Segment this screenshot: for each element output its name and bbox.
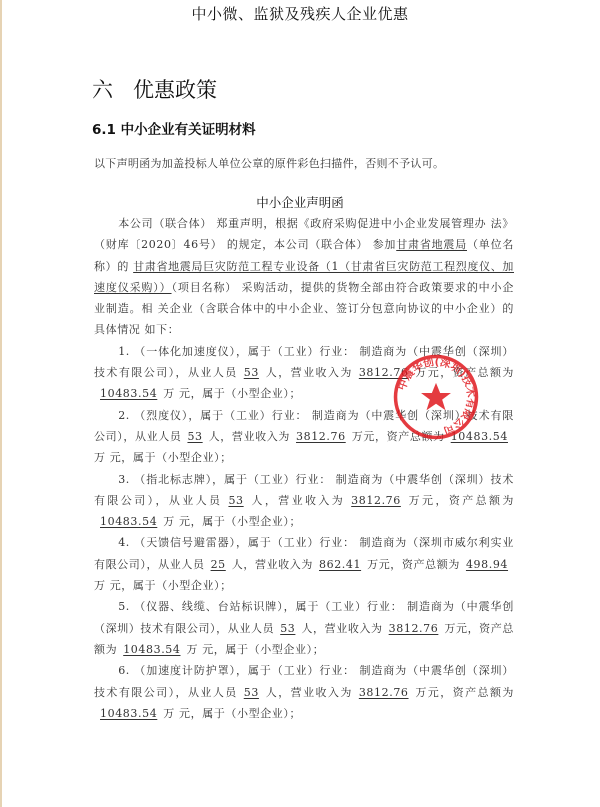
label: 万 元，属于: [187, 643, 249, 656]
chapter-title: 六优惠政策: [92, 74, 217, 104]
employee-count: 53: [238, 366, 265, 379]
label: ，从业人员: [176, 366, 238, 379]
label: 万 元，属于: [163, 387, 225, 400]
label: 万 元，属于: [163, 707, 225, 720]
enterprise-size: （小型企业）: [156, 579, 220, 592]
label: ；: [220, 451, 232, 464]
industry: （工业）: [272, 664, 320, 677]
chapter-title-text: 优惠政策: [133, 78, 217, 102]
label: 人，营业收入为: [265, 686, 353, 699]
total-assets: 10483.54: [94, 387, 163, 400]
declaration-letter-title: 中小企业声明函: [0, 193, 600, 211]
industry: （工业）: [319, 600, 367, 613]
product-name: （一体化加速度仪）: [134, 345, 236, 358]
label: ；: [290, 515, 302, 528]
label: 行业： 制造商为: [367, 600, 455, 613]
declaration-intro: 本公司（联合体） 郑重声明，根据《政府采购促进中小企业发展管理办 法》（财库〔2…: [94, 213, 514, 341]
revenue: 3812.76: [345, 494, 407, 507]
index: 2.: [118, 409, 130, 422]
running-header: 中小微、监狱及残疾人企业优惠: [0, 3, 600, 24]
product-name: （指北标志牌）: [134, 473, 212, 486]
revenue: 3812.76: [353, 686, 415, 699]
revenue: 3812.76: [290, 430, 352, 443]
product-name: （仪器、线缆、台站标识牌）: [134, 600, 283, 613]
employee-count: 53: [238, 686, 265, 699]
scan-requirement-note: 以下声明函为加盖投标人单位公章的原件彩色扫描件，否则不予认可。: [94, 155, 444, 171]
industry: （工业）: [272, 345, 320, 358]
label: 万元，资产总额为: [367, 558, 460, 571]
label: ，属于: [236, 345, 272, 358]
revenue: 3812.76: [383, 622, 445, 635]
label: 行业： 制造商为: [319, 536, 407, 549]
index: 6.: [118, 664, 130, 677]
label: 万元，资产总额为: [407, 494, 514, 507]
employee-count: 53: [274, 622, 301, 635]
label: ，从业人员: [147, 558, 205, 571]
purchaser-unit-name: 甘肃省地震局: [396, 238, 467, 251]
enterprise-item: 3. （指北标志牌），属于（工业）行业： 制造商为（中震华创（深圳）技术有限公司…: [94, 469, 514, 533]
page-left-edge: [0, 0, 2, 807]
total-assets: 498.94: [460, 558, 514, 571]
index: 1.: [118, 345, 130, 358]
enterprise-item: 6. （加速度计防护罩），属于（工业）行业： 制造商为（中震华创（深圳）技术有限…: [94, 660, 514, 724]
label: ，从业人员: [216, 622, 274, 635]
label: ，属于: [212, 473, 248, 486]
label: ；: [290, 387, 302, 400]
total-assets: 10483.54: [117, 643, 186, 656]
label: 万 元，属于: [94, 579, 156, 592]
label: ；: [290, 707, 302, 720]
enterprise-size: （小型企业）: [249, 643, 313, 656]
label: ，属于: [236, 664, 272, 677]
label: ，从业人员: [176, 686, 238, 699]
label: 万元，资产总额为: [415, 686, 514, 699]
label: 行业： 制造商为: [296, 473, 384, 486]
industry: （工业）: [248, 473, 296, 486]
label: ；: [313, 643, 325, 656]
label: ，属于: [236, 536, 272, 549]
label: ，从业人员: [123, 430, 181, 443]
company-seal-stamp: 中震华创(深圳)技术有限公司: [392, 353, 480, 441]
enterprise-item: 4. （天馈信号避雷器），属于（工业）行业： 制造商为（深圳市威尔利实业有限公司…: [94, 532, 514, 596]
label: 万 元，属于: [94, 451, 156, 464]
index: 5.: [118, 600, 130, 613]
enterprise-size: （小型企业）: [225, 515, 289, 528]
label: 万 元，属于: [163, 515, 225, 528]
label: 人，营业收入为: [250, 494, 346, 507]
label: ，从业人员: [155, 494, 222, 507]
index: 3.: [118, 473, 130, 486]
enterprise-size: （小型企业）: [156, 451, 220, 464]
industry: （工业）: [224, 409, 272, 422]
label: 人，营业收入为: [301, 622, 382, 635]
total-assets: 10483.54: [94, 515, 163, 528]
label: 人，营业收入为: [232, 558, 313, 571]
enterprise-item: 5. （仪器、线缆、台站标识牌），属于（工业）行业： 制造商为（中震华创（深圳）…: [94, 596, 514, 660]
employee-count: 53: [222, 494, 249, 507]
index: 4.: [118, 536, 130, 549]
enterprise-size: （小型企业）: [225, 387, 289, 400]
product-name: （加速度计防护罩）: [134, 664, 236, 677]
seal-star-icon: [421, 383, 451, 410]
label: 行业： 制造商为: [272, 409, 360, 422]
product-name: （烈度仪）: [134, 409, 188, 422]
revenue: 862.41: [313, 558, 367, 571]
chapter-number: 六: [92, 78, 113, 102]
enterprise-size: （小型企业）: [225, 707, 289, 720]
employee-count: 25: [205, 558, 232, 571]
product-name: （天馈信号避雷器）: [134, 536, 236, 549]
section-title: 6.1 中小企业有关证明材料: [92, 118, 256, 138]
total-assets: 10483.54: [94, 707, 163, 720]
label: 行业： 制造商为: [319, 664, 407, 677]
declaration-body: 本公司（联合体） 郑重声明，根据《政府采购促进中小企业发展管理办 法》（财库〔2…: [94, 213, 514, 724]
label: 人，营业收入为: [209, 430, 290, 443]
employee-count: 53: [181, 430, 208, 443]
label: ，属于: [188, 409, 224, 422]
label: ，属于: [284, 600, 320, 613]
label: 人，营业收入为: [265, 366, 353, 379]
industry: （工业）: [272, 536, 320, 549]
label: ；: [220, 579, 232, 592]
